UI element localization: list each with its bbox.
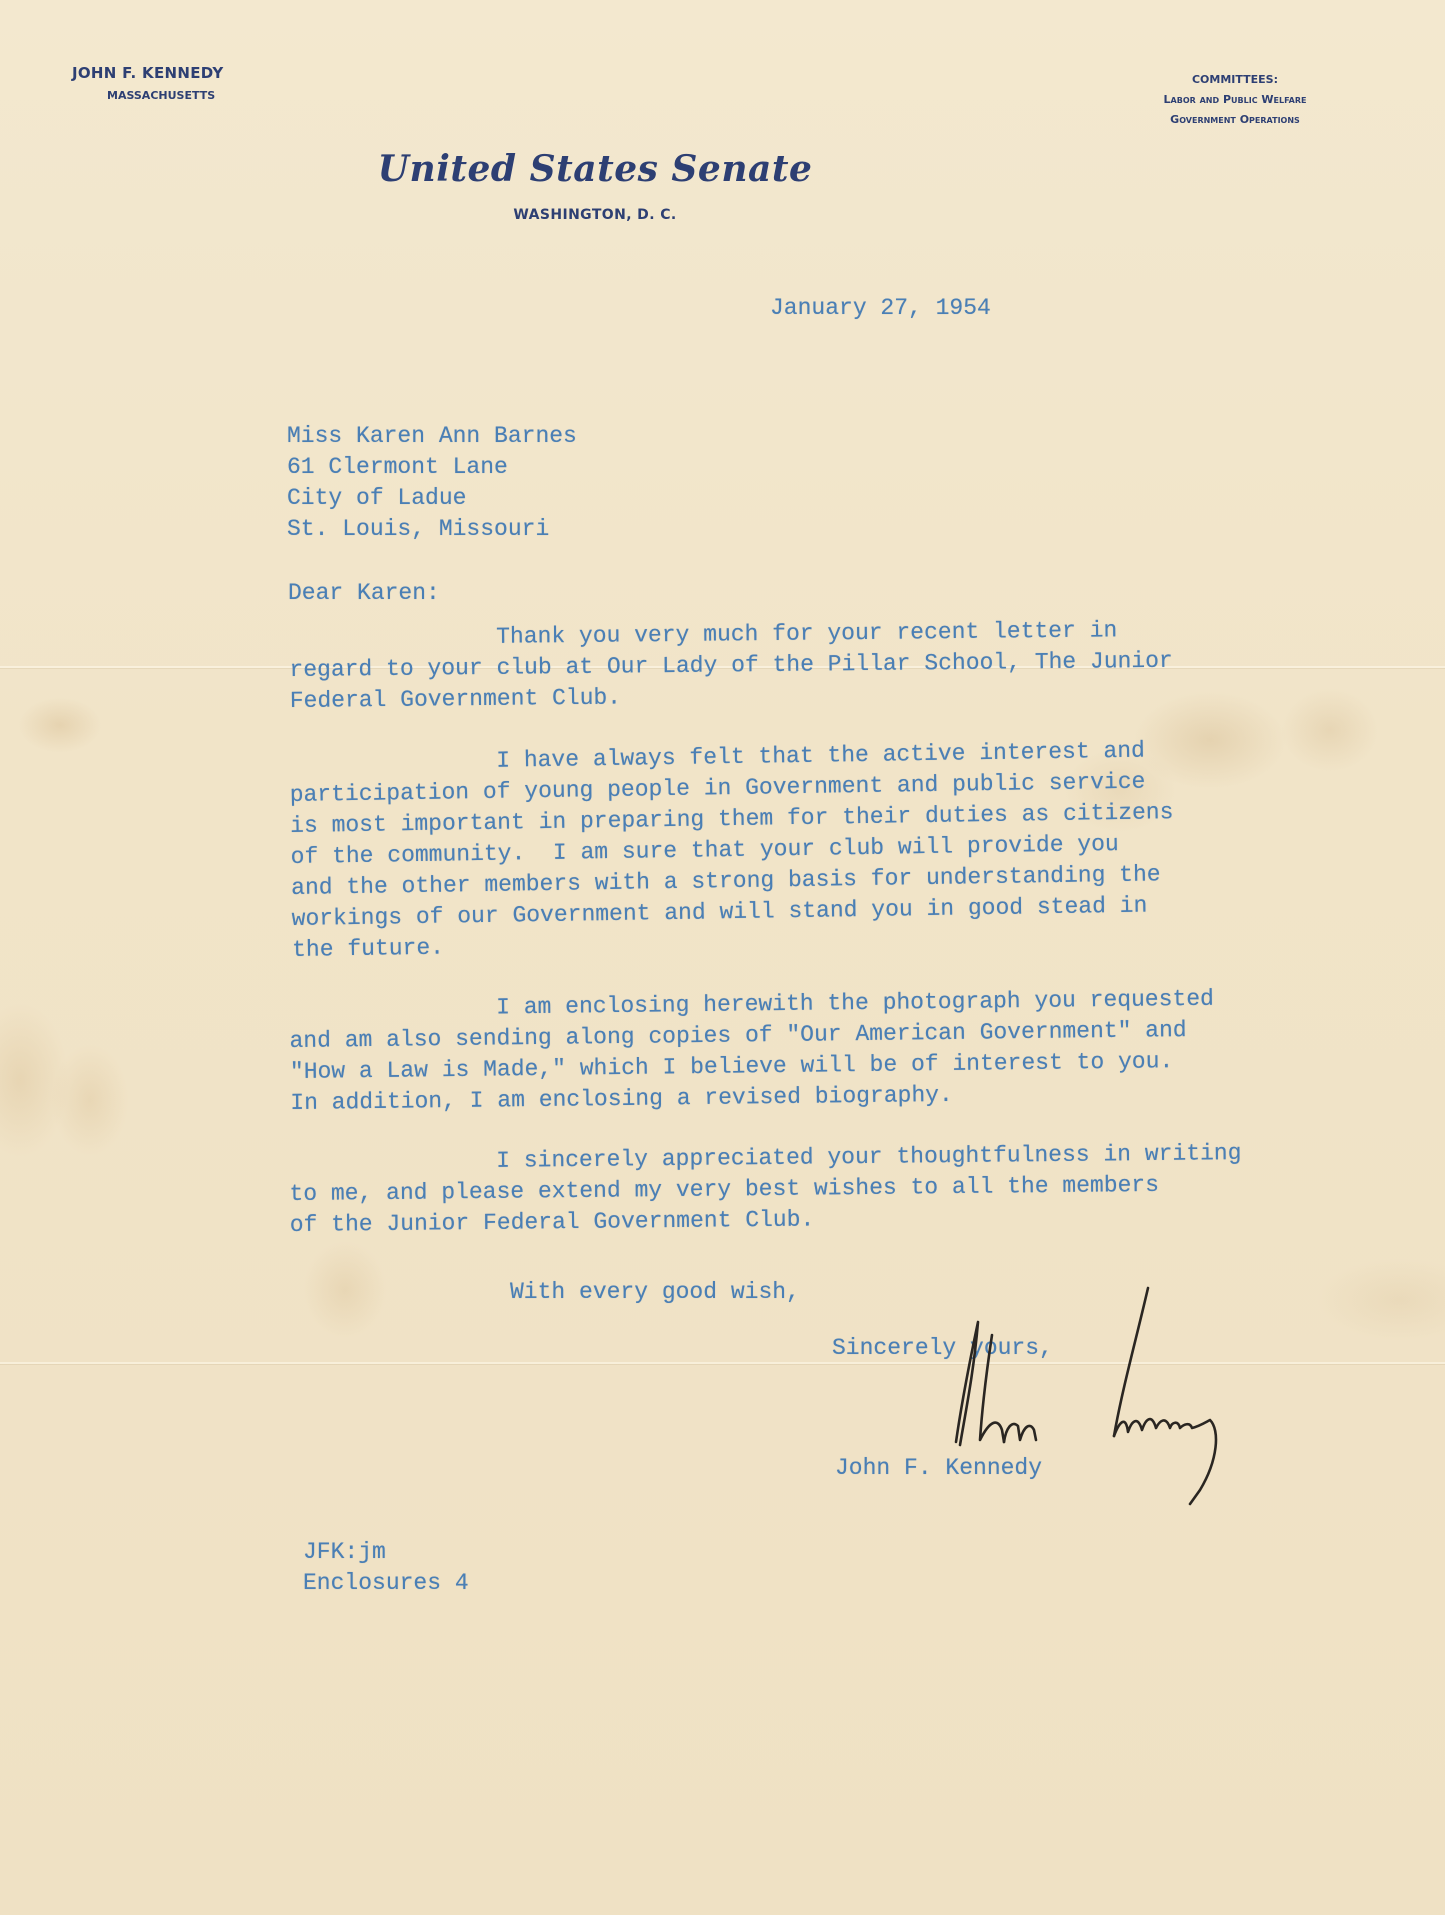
letterhead-state: MASSACHUSETTS [107,89,215,102]
letterhead-city: WASHINGTON, D. C. [0,207,1190,223]
letterhead-institution: United States Senate [0,148,1190,190]
letterhead-committees: COMMITTEES: Labor and Public Welfare Gov… [1025,70,1445,130]
body-paragraph: I have always felt that the active inter… [289,735,1176,966]
closing-line: With every good wish, [510,1277,800,1308]
letterhead-senator-name: JOHN F. KENNEDY [72,64,224,82]
address-line: City of Ladue [287,483,577,514]
recipient-address: Miss Karen Ann Barnes61 Clermont LaneCit… [287,421,577,545]
letter-date: January 27, 1954 [770,293,991,324]
committees-heading: COMMITTEES: [1025,70,1445,90]
enclosures-note: Enclosures 4 [303,1568,469,1599]
body-paragraph: I am enclosing herewith the photograph y… [289,984,1215,1119]
reference-block: JFK:jmEnclosures 4 [303,1537,469,1599]
address-line: St. Louis, Missouri [287,514,577,545]
handwritten-signature [900,1280,1240,1510]
body-paragraph: I sincerely appreciated your thoughtfuln… [289,1138,1242,1241]
address-line: 61 Clermont Lane [287,452,577,483]
salutation: Dear Karen: [288,578,440,609]
reference-initials: JFK:jm [303,1537,469,1568]
committee-item: Government Operations [1025,110,1445,130]
address-line: Miss Karen Ann Barnes [287,421,577,452]
body-paragraph: Thank you very much for your recent lett… [289,615,1173,717]
committee-item: Labor and Public Welfare [1025,90,1445,110]
